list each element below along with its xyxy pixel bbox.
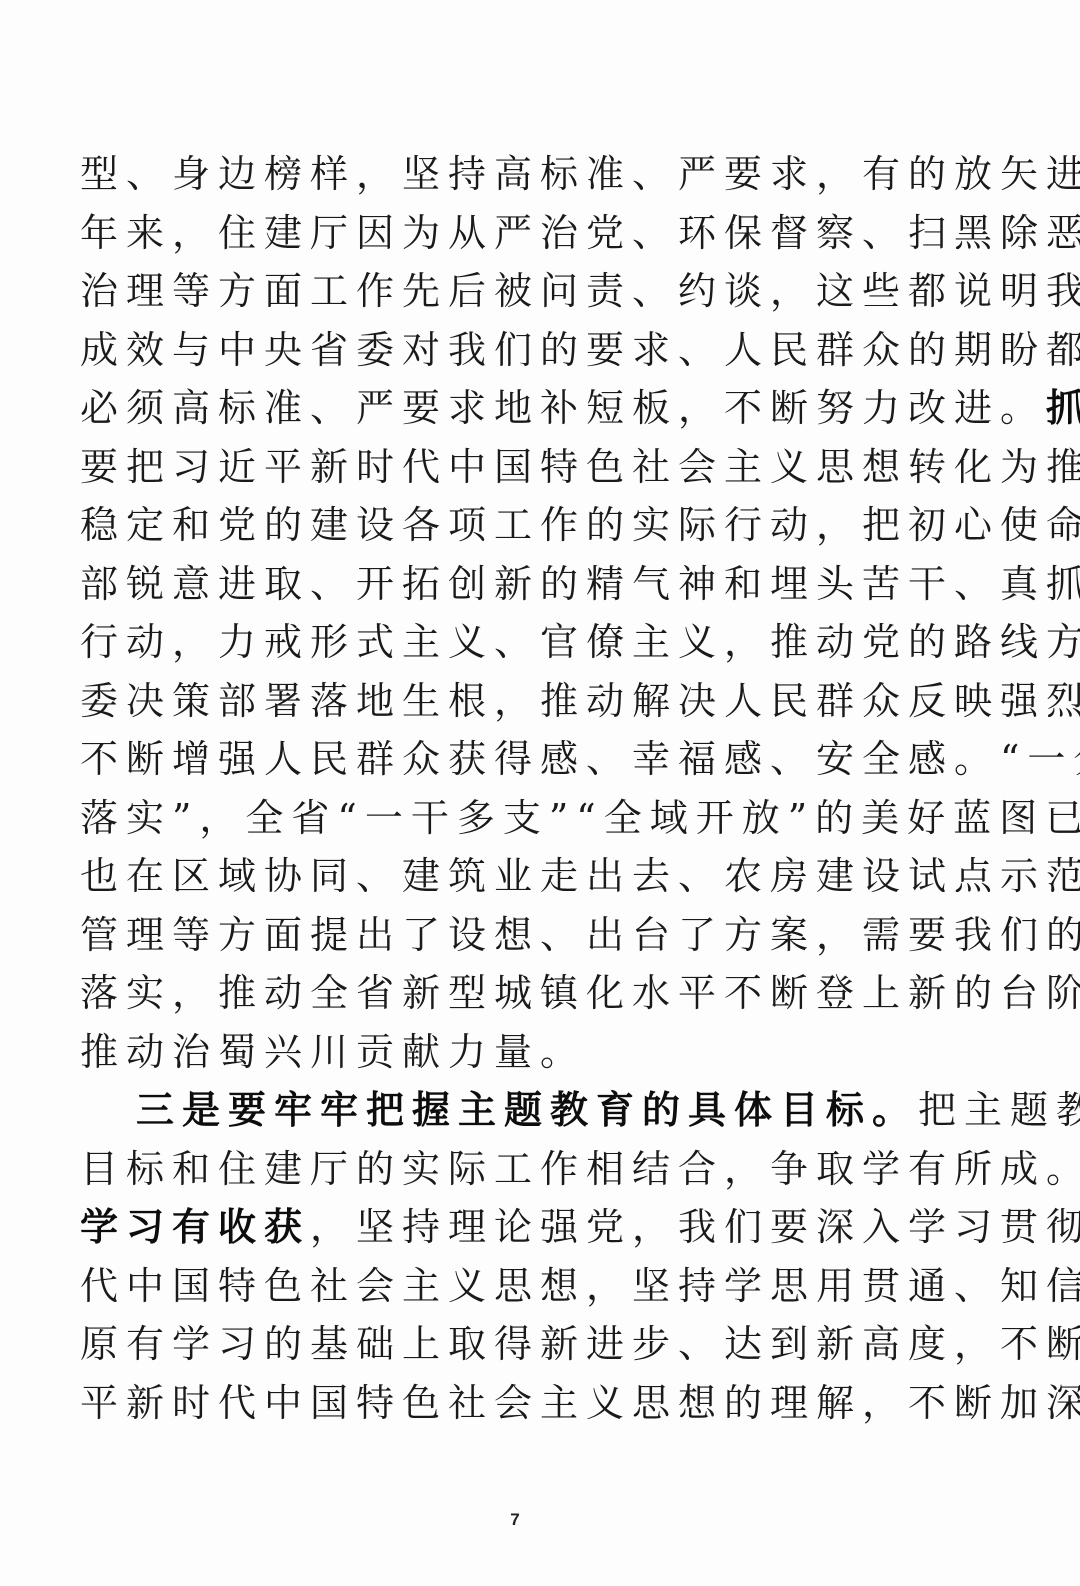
text-line: 必须高标准、严要求地补短板，不断努力改进。抓落实，就是 xyxy=(80,379,960,438)
text-line: 管理等方面提出了设想、出台了方案，需要我们的脚踏实地去 xyxy=(80,906,960,965)
text-run: ，坚持理论强党，我们要深入学习贯彻习近平新时 xyxy=(310,1205,1080,1249)
bold-keyword: 学习有收获 xyxy=(80,1204,310,1249)
text-line: 平新时代中国特色社会主义思想的理解，不断加深对习近平总 xyxy=(80,1374,960,1433)
text-run: 年来，住建厅因为从严治党、环保督察、扫黑除恶、行业协会 xyxy=(80,211,1080,255)
text-run: 型、身边榜样，坚持高标准、严要求，有的放矢进行整改。近 xyxy=(80,152,1080,196)
paragraph-section-three: 三是要牢牢把握主题教育的具体目标。把主题教育的具体 目标和住建厅的实际工作相结合… xyxy=(80,1081,960,1432)
text-line: 行动，力戒形式主义、官僚主义，推动党的路线方针政策和省 xyxy=(80,613,960,672)
body-text: 型、身边榜样，坚持高标准、严要求，有的放矢进行整改。近 年来，住建厅因为从严治党… xyxy=(80,145,960,1432)
text-line: 型、身边榜样，坚持高标准、严要求，有的放矢进行整改。近 xyxy=(80,145,960,204)
text-run: 落实”，全省“一干多支”“全域开放”的美好蓝图已经绘就，我厅 xyxy=(80,796,1080,840)
text-line: 代中国特色社会主义思想，坚持学思用贯通、知信行统一，在 xyxy=(80,1257,960,1316)
text-run: 平新时代中国特色社会主义思想的理解，不断加深对习近平总 xyxy=(80,1381,1080,1425)
text-line: 部锐意进取、开拓创新的精气神和埋头苦干、真抓实干的自觉 xyxy=(80,555,960,614)
page-number: 7 xyxy=(0,1510,1030,1530)
text-run: 稳定和党的建设各项工作的实际行动，把初心使命变成党员干 xyxy=(80,503,1080,547)
text-line: 推动治蜀兴川贡献力量。 xyxy=(80,1023,960,1082)
text-run: 治理等方面工作先后被问责、约谈，这些都说明我们厅的工作 xyxy=(80,269,1080,313)
text-line: 稳定和党的建设各项工作的实际行动，把初心使命变成党员干 xyxy=(80,496,960,555)
text-line: 也在区域协同、建筑业走出去、农房建设试点示范、行业智慧 xyxy=(80,847,960,906)
text-run: 管理等方面提出了设想、出台了方案，需要我们的脚踏实地去 xyxy=(80,913,1080,957)
text-run: 不断增强人民群众获得感、幸福感、安全感。“一分部署、九分 xyxy=(80,737,1080,781)
document-page: 型、身边榜样，坚持高标准、严要求，有的放矢进行整改。近 年来，住建厅因为从严治党… xyxy=(0,0,1080,1586)
text-run: 也在区域协同、建筑业走出去、农房建设试点示范、行业智慧 xyxy=(80,854,1080,898)
text-line-heading: 三是要牢牢把握主题教育的具体目标。把主题教育的具体 xyxy=(80,1081,960,1140)
text-run: 要把习近平新时代中国特色社会主义思想转化为推进改革发展 xyxy=(80,445,1080,489)
text-line: 落实”，全省“一干多支”“全域开放”的美好蓝图已经绘就，我厅 xyxy=(80,789,960,848)
text-run: 部锐意进取、开拓创新的精气神和埋头苦干、真抓实干的自觉 xyxy=(80,562,1080,606)
text-run: 委决策部署落地生根，推动解决人民群众反映强烈的突出问题， xyxy=(80,679,1080,723)
text-run: 目标和住建厅的实际工作相结合，争取学有所成。 xyxy=(80,1147,1080,1191)
text-line: 原有学习的基础上取得新进步、达到新高度，不断加深对习近 xyxy=(80,1315,960,1374)
text-line: 治理等方面工作先后被问责、约谈，这些都说明我们厅的工作 xyxy=(80,262,960,321)
text-run: 成效与中央省委对我们的要求、人民群众的期盼都还有差距， xyxy=(80,328,1080,372)
text-line: 年来，住建厅因为从严治党、环保督察、扫黑除恶、行业协会 xyxy=(80,204,960,263)
text-run: 代中国特色社会主义思想，坚持学思用贯通、知信行统一，在 xyxy=(80,1264,1080,1308)
text-run: 落实，推动全省新型城镇化水平不断登上新的台阶，为新时代 xyxy=(80,971,1080,1015)
text-line: 学习有收获，坚持理论强党，我们要深入学习贯彻习近平新时 xyxy=(80,1198,960,1257)
text-line: 目标和住建厅的实际工作相结合，争取学有所成。要做到理论 xyxy=(80,1140,960,1199)
text-run: 推动治蜀兴川贡献力量。 xyxy=(80,1030,586,1074)
bold-keyword: 抓落实 xyxy=(1046,385,1080,430)
text-run: 把主题教育的具体 xyxy=(918,1088,1080,1132)
text-line: 落实，推动全省新型城镇化水平不断登上新的台阶，为新时代 xyxy=(80,964,960,1023)
text-line: 不断增强人民群众获得感、幸福感、安全感。“一分部署、九分 xyxy=(80,730,960,789)
text-run: 必须高标准、严要求地补短板，不断努力改进。 xyxy=(80,386,1046,430)
text-run: 行动，力戒形式主义、官僚主义，推动党的路线方针政策和省 xyxy=(80,620,1080,664)
text-line: 成效与中央省委对我们的要求、人民群众的期盼都还有差距， xyxy=(80,321,960,380)
text-line: 要把习近平新时代中国特色社会主义思想转化为推进改革发展 xyxy=(80,438,960,497)
text-line: 委决策部署落地生根，推动解决人民群众反映强烈的突出问题， xyxy=(80,672,960,731)
text-run: 原有学习的基础上取得新进步、达到新高度，不断加深对习近 xyxy=(80,1322,1080,1366)
paragraph-continuation: 型、身边榜样，坚持高标准、严要求，有的放矢进行整改。近 年来，住建厅因为从严治党… xyxy=(80,145,960,1081)
section-heading: 三是要牢牢把握主题教育的具体目标。 xyxy=(136,1087,918,1132)
